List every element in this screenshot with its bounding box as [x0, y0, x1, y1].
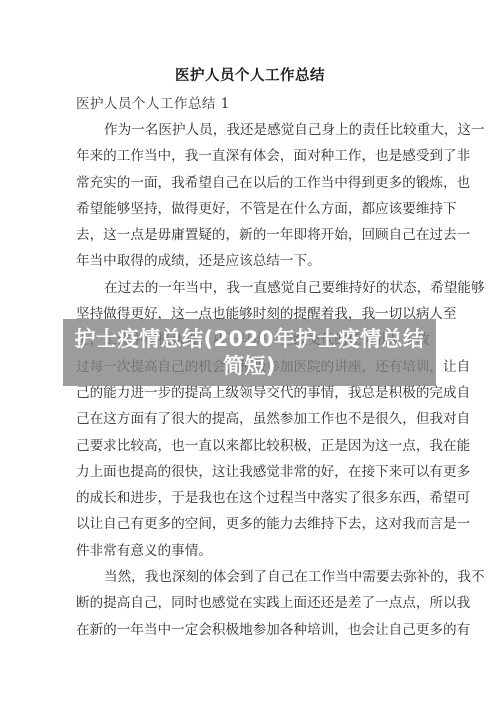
- paragraph-line: 年来的工作当中，我一直深有体会，面对种工作，也是感受到了非: [76, 143, 426, 169]
- paragraph-line: 以让自己有更多的空间，更多的能力去维持下去，这对我而言是一: [76, 511, 426, 537]
- paragraph-line: 年当中取得的成绩，还是应该总结一下。: [76, 248, 426, 274]
- paragraph-line: 件非常有意义的事情。: [76, 538, 426, 564]
- paragraph-line: 在过去的一年当中，我一直感觉自己要维持好的状态，希望能够: [76, 275, 426, 301]
- paragraph-line: 力上面也提高的很快，这让我感觉非常的好，在接下来可以有更多: [76, 459, 426, 485]
- document-page: 医护人员个人工作总结 医护人员个人工作总结 1 作为一名医护人员，我还是感觉自己…: [0, 0, 500, 706]
- paragraph-line: 当然，我也深刻的体会到了自己在工作当中需要去弥补的，我不: [76, 564, 426, 590]
- paragraph-line: 断的提高自己，同时也感觉在实践上面还还是差了一点点，所以我: [76, 590, 426, 616]
- paragraph-line: 己要求比较高，也一直以来都比较积极，正是因为这一点，我在能: [76, 433, 426, 459]
- paragraph-line: 作为一名医护人员，我还是感觉自己身上的责任比较重大，这一: [76, 117, 426, 143]
- paragraph-line: 希望能够坚持，做得更好，不管是在什么方面，都应该要维持下: [76, 196, 426, 222]
- paragraph-line: 的成长和进步，于是我也在这个过程当中落实了很多东西，希望可: [76, 485, 426, 511]
- document-title: 医护人员个人工作总结: [0, 64, 500, 85]
- banner-title-line-2: 简短): [223, 353, 276, 380]
- paragraph-line: 去，这一点是毋庸置疑的，新的一年即将开始，回顾自己在过去一: [76, 222, 426, 248]
- paragraph-line: 在新的一年当中一定会积极地参加各种培训，也会让自己更多的有: [76, 617, 426, 643]
- paragraph-line: 常充实的一面，我希望自己在以后的工作当中得到更多的锻炼，也: [76, 170, 426, 196]
- title-overlay-banner: 护士疫情总结(2020年护士疫情总结 简短): [63, 319, 436, 386]
- paragraph-line: 己在这方面有了很大的提高，虽然参加工作也不是很久，但我对自: [76, 406, 426, 432]
- banner-title-line-1: 护士疫情总结(2020年护士疫情总结: [74, 326, 424, 353]
- document-subtitle: 医护人员个人工作总结 1: [76, 92, 230, 112]
